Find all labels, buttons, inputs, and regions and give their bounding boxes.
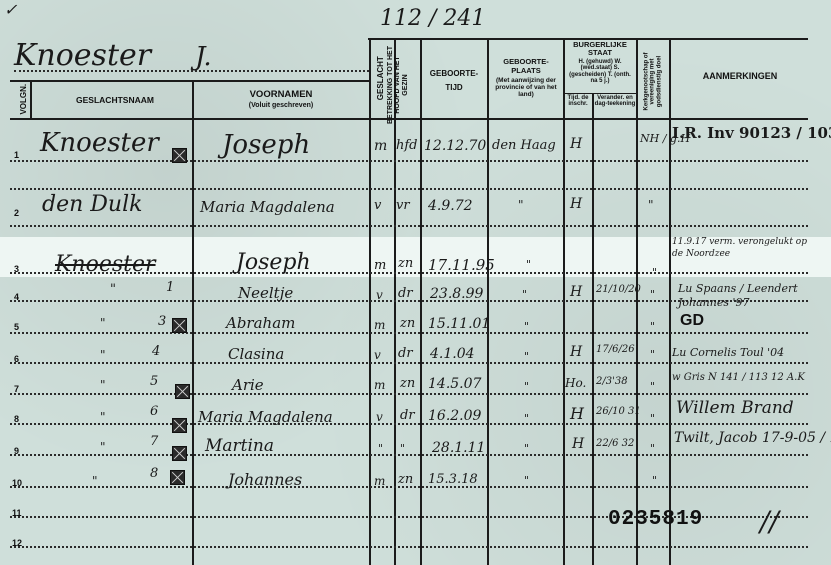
- row-4-birth-date: 23.8.99: [430, 286, 483, 302]
- row-4-number: 4: [14, 292, 19, 302]
- row-10-church: ": [652, 474, 657, 487]
- row-4-surname: ": [110, 282, 116, 297]
- row-2-surname: den Dulk: [42, 192, 142, 217]
- death-mark-icon: [172, 418, 187, 433]
- row-3-given: Joseph: [236, 250, 311, 275]
- row-9-sex: ": [378, 442, 383, 455]
- row-4-relation: dr: [398, 286, 413, 301]
- row-1-relation: hfd: [396, 138, 418, 153]
- header-burgerlijke-staat: BURGERLIJKE STAAT: [565, 41, 635, 57]
- row-4-ordinal: 1: [166, 280, 174, 295]
- row-8-civil-change: 26/10 31: [596, 406, 641, 417]
- row-6-birth-place: ": [524, 350, 529, 363]
- death-mark-icon: [170, 470, 185, 485]
- row-9-surname: ": [100, 440, 106, 454]
- serial-number-stamp: 0235819: [608, 508, 703, 531]
- row-2-relation: vr: [396, 198, 410, 213]
- row-6-surname: ": [100, 348, 106, 362]
- row-7-church: ": [650, 380, 655, 393]
- row-6-ordinal: 4: [152, 344, 160, 359]
- row-1-number: 1: [14, 150, 19, 160]
- family-initial: J.: [195, 42, 212, 72]
- row-5-sex: m: [374, 318, 385, 332]
- row-2-number: 2: [14, 208, 19, 218]
- row-2-sex: v: [374, 198, 381, 213]
- row-8-birth-place: ": [524, 412, 529, 425]
- row-12-number: 12: [12, 538, 22, 548]
- row-6-church: ": [650, 348, 655, 361]
- row-7-given: Arie: [232, 376, 264, 394]
- header-geboorteplaats-sub: (Met aanwijzing der provincie of van het…: [492, 78, 560, 98]
- row-4-sex: v: [376, 288, 383, 302]
- row-9-civil-status: H: [572, 436, 584, 452]
- row-2-birth-date: 4.9.72: [428, 198, 473, 214]
- row-3-birth-date: 17.11.95: [428, 256, 495, 274]
- row-6-remarks: Lu Cornelis Toul '04: [672, 346, 784, 359]
- row-5-remarks-stamp: GD: [680, 313, 704, 330]
- row-3-surname: Knoester: [55, 252, 156, 277]
- row-1-remarks: I.R. Inv 90123 / 10375.: [672, 124, 831, 142]
- row-5-number: 5: [14, 322, 19, 332]
- header-geboortetijd-1: GEBOORTE-: [422, 70, 486, 78]
- end-mark: //: [760, 505, 779, 538]
- row-10-birth-date: 15.3.18: [428, 472, 478, 487]
- header-volgnummer: VOLGN.: [20, 79, 28, 119]
- row-3-church: ": [652, 266, 657, 279]
- header-tijd-inschr: Tijd. de inschr.: [564, 95, 592, 108]
- header-geboorteplaats-2: PLAATS: [489, 67, 563, 75]
- row-8-surname: ": [100, 410, 106, 424]
- reference-number: 112 / 241: [380, 6, 485, 31]
- row-9-remarks: Twilt, Jacob 17-9-05 / 11 07: [674, 430, 831, 446]
- header-geboortetijd-2: TIJD: [422, 84, 486, 92]
- row-4-church: ": [650, 288, 655, 301]
- row-8-civil-status: H: [570, 404, 584, 423]
- row-10-relation: zn: [398, 472, 413, 487]
- row-1-given: Joseph: [222, 130, 310, 160]
- death-mark-icon: [172, 446, 187, 461]
- row-5-relation: zn: [400, 316, 415, 331]
- row-2-birth-place: ": [518, 198, 524, 212]
- row-1-civil-status: H: [570, 136, 582, 152]
- row-7-remarks: w Gris N 141 / 113 12 A.K: [672, 372, 805, 383]
- row-8-church: ": [650, 412, 655, 425]
- family-name: Knoester: [14, 38, 151, 73]
- row-9-birth-date: 28.1.11: [432, 440, 485, 456]
- row-5-given: Abraham: [226, 314, 295, 332]
- row-3-number: 3: [14, 264, 19, 274]
- header-geslacht: GESLACHT: [377, 43, 385, 113]
- row-8-relation: dr: [400, 408, 415, 423]
- row-8-sex: v: [376, 410, 383, 424]
- row-1-birth-date: 12.12.70: [424, 138, 486, 154]
- row-7-relation: zn: [400, 376, 415, 391]
- row-9-ordinal: 7: [150, 434, 158, 449]
- row-6-civil-change: 17/6/26: [596, 344, 635, 355]
- row-7-ordinal: 5: [150, 374, 158, 389]
- row-6-given: Clasina: [228, 345, 284, 363]
- register-card: ✓ 112 / 241 Knoester J. VOLGN. GESLACHTS…: [0, 0, 831, 565]
- death-mark-icon: [175, 384, 190, 399]
- header-voornamen-sub: (Voluit geschreven): [194, 102, 368, 109]
- row-9-birth-place: ": [524, 442, 529, 455]
- row-6-relation: dr: [398, 346, 413, 361]
- row-5-surname: ": [100, 316, 106, 330]
- header-kerkgenootschap: Kerkgenootschap of vereeniging met godsd…: [644, 41, 663, 121]
- row-8-number: 8: [14, 414, 19, 424]
- death-mark-icon: [172, 148, 187, 163]
- header-betrekking: BETREKKING TOT HET HOOFD VAN HET GEZIN: [387, 45, 409, 125]
- row-4-remarks: Lu Spaans / Leendert Johannes '97: [678, 282, 828, 311]
- row-4-given: Neeltje: [238, 284, 293, 302]
- row-4-civil-change: 21/10/20: [596, 284, 641, 295]
- row-1-sex: m: [374, 138, 387, 154]
- row-9-number: 9: [14, 446, 19, 456]
- row-6-civil-status: H: [570, 344, 582, 360]
- row-7-birth-date: 14.5.07: [428, 376, 481, 392]
- row-3-birth-place: ": [526, 258, 531, 271]
- row-10-ordinal: 8: [150, 466, 158, 481]
- row-4-civil-status: H: [570, 284, 582, 300]
- row-9-given: Martina: [205, 436, 274, 456]
- row-8-remarks: Willem Brand: [676, 398, 794, 418]
- row-5-ordinal: 3: [158, 314, 166, 329]
- row-2-given: Maria Magdalena: [200, 198, 335, 216]
- row-11-number: 11: [12, 508, 22, 518]
- header-geslachtsnaam: GESLACHTSNAAM: [40, 96, 190, 105]
- row-10-birth-place: ": [524, 474, 529, 487]
- header-voornamen: VOORNAMEN: [194, 90, 368, 100]
- row-6-sex: v: [374, 348, 381, 362]
- checkmark: ✓: [4, 0, 17, 19]
- row-9-civil-change: 22/6 32: [596, 438, 634, 449]
- row-7-birth-place: ": [524, 380, 529, 393]
- row-5-birth-date: 15.11.01: [428, 316, 490, 332]
- row-6-number: 6: [14, 354, 19, 364]
- row-3-relation: zn: [398, 256, 413, 271]
- row-8-given: Maria Magdalena: [198, 408, 333, 426]
- row-7-sex: m: [374, 378, 385, 392]
- row-8-birth-date: 16.2.09: [428, 408, 481, 424]
- header-geboorteplaats-1: GEBOORTE-: [489, 58, 563, 66]
- row-9-relation: ": [400, 442, 405, 455]
- row-7-surname: ": [100, 378, 106, 392]
- row-7-civil-status: Ho.: [565, 376, 586, 390]
- row-2-civil-status: H: [570, 196, 582, 212]
- row-1-birth-place: den Haag: [492, 138, 556, 153]
- row-3-sex: m: [374, 258, 386, 273]
- row-9-church: ": [650, 442, 655, 455]
- header-burgerlijke-staat-legend: H. (gehuwd) W. (wed.staat) S. (gescheide…: [565, 59, 635, 84]
- header-aanmerkingen: AANMERKINGEN: [672, 72, 808, 81]
- row-2-church: ": [648, 198, 654, 212]
- row-5-church: ": [650, 320, 655, 333]
- row-3-remarks: 11.9.17 verm. verongelukt op de Noordzee: [672, 237, 807, 260]
- row-4-birth-place: ": [522, 288, 527, 301]
- death-mark-icon: [172, 318, 187, 333]
- row-6-birth-date: 4.1.04: [430, 346, 475, 362]
- header-verandering: Verander. en dag-teekening: [594, 95, 636, 108]
- row-10-number: 10: [12, 478, 22, 488]
- row-1-surname: Knoester: [40, 128, 159, 158]
- row-10-sex: m: [374, 474, 385, 488]
- row-8-ordinal: 6: [150, 404, 158, 419]
- row-7-number: 7: [14, 384, 19, 394]
- row-5-birth-place: ": [524, 320, 529, 333]
- row-7-civil-change: 2/3'38: [596, 376, 628, 387]
- row-10-given: Johannes: [228, 470, 302, 489]
- row-10-surname: ": [92, 474, 98, 488]
